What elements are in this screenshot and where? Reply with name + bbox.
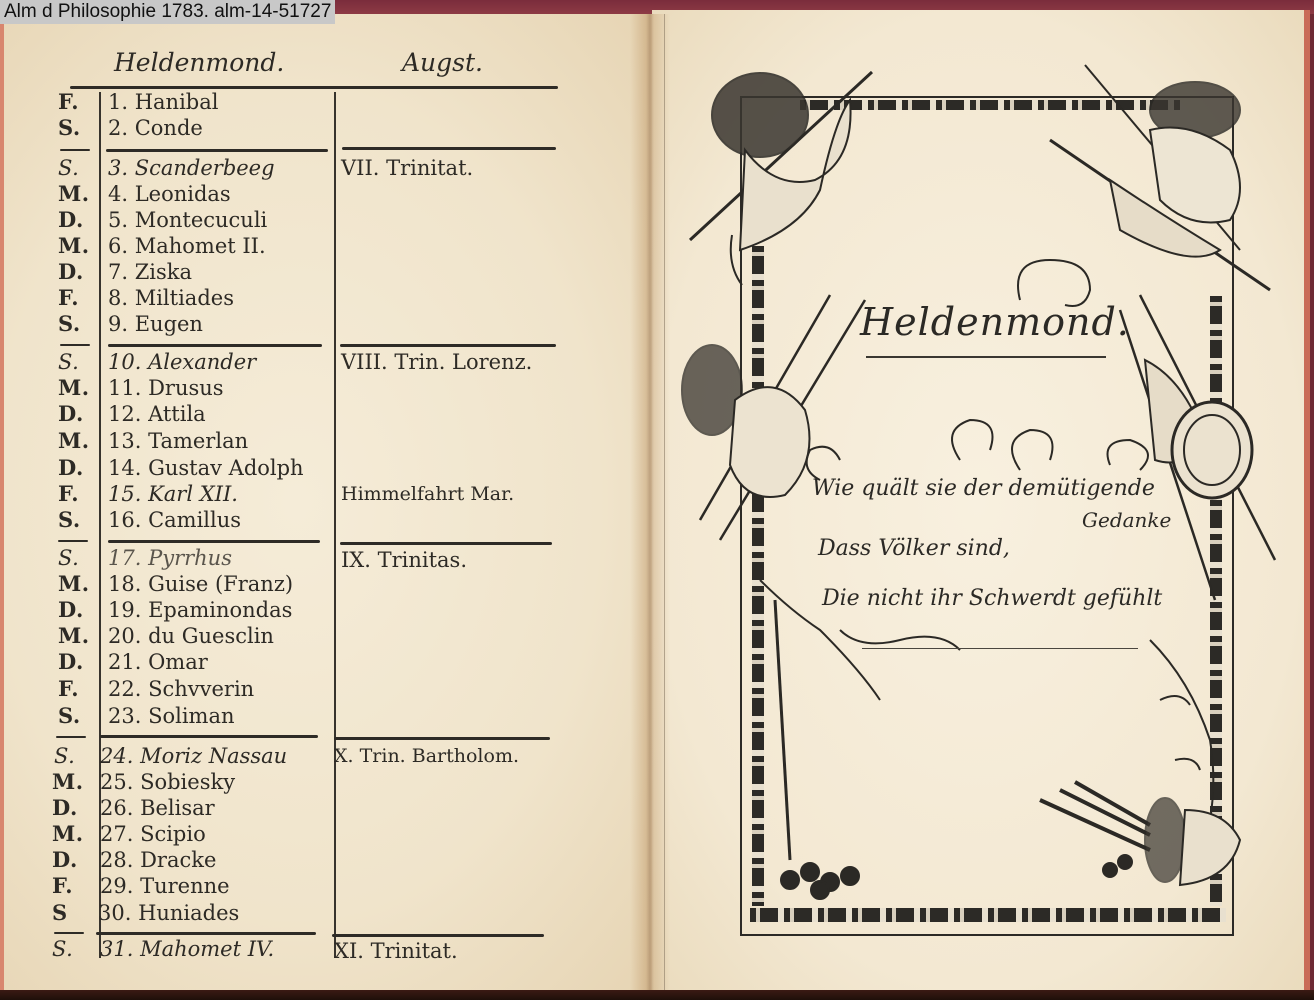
- verse-line-1: Wie quält sie der demütigende: [812, 476, 1155, 501]
- verse-line-3: Die nicht ihr Schwerdt gefühlt: [822, 586, 1162, 611]
- verse-line-1-cont: Gedanke: [1082, 508, 1171, 532]
- verse-line-2: Dass Völker sind,: [818, 536, 1010, 561]
- verse-underline: [862, 648, 1138, 649]
- book-bottom-edge: [0, 990, 1314, 1000]
- book-spread: Heldenmond. Augst. F.1. Hanibal S.2. Con…: [0, 0, 1314, 1000]
- title-underline: [866, 356, 1106, 358]
- engraving-title: Heldenmond.: [860, 300, 1130, 344]
- image-caption: Alm d Philosophie 1783. alm-14-51727: [0, 0, 335, 24]
